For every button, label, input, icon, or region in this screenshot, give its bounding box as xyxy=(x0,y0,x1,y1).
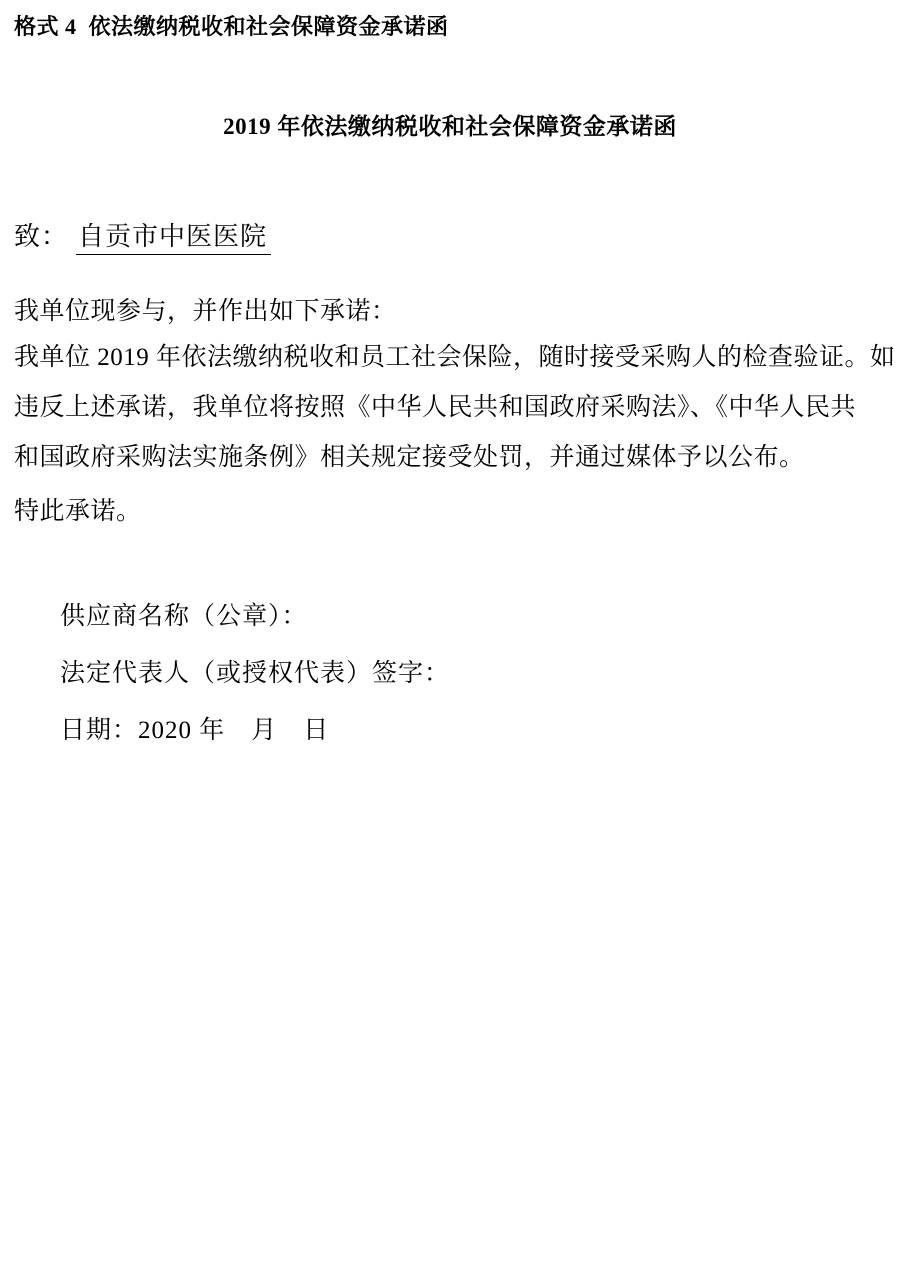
signature-block: 供应商名称（公章）： 法定代表人（或授权代表）签字： 日期：2020 年 月 日 xyxy=(60,588,450,759)
salutation-prefix: 致： xyxy=(14,222,68,251)
body-line: 和国政府采购法实施条例》相关规定接受处罚，并通过媒体予以公布。 xyxy=(14,433,892,483)
document-title: 2019 年依法缴纳税收和社会保障资金承诺函 xyxy=(0,108,900,141)
body-line: 违反上述承诺，我单位将按照《中华人民共和国政府采购法》、《中华人民共 xyxy=(14,383,892,433)
supplier-name-line: 供应商名称（公章）： xyxy=(60,588,450,645)
format-header: 格式 4 依法缴纳税收和社会保障资金承诺函 xyxy=(14,10,449,41)
body-line: 我单位 2019 年依法缴纳税收和员工社会保险，随时接受采购人的检查验证。如 xyxy=(14,333,892,383)
recipient-name: 自贡市中医医院 xyxy=(76,222,271,255)
salutation-line: 致：自贡市中医医院 xyxy=(14,216,271,253)
intro-paragraph: 我单位现参与，并作出如下承诺： xyxy=(14,291,397,327)
document-page: 格式 4 依法缴纳税收和社会保障资金承诺函 2019 年依法缴纳税收和社会保障资… xyxy=(0,0,900,1265)
legal-representative-line: 法定代表人（或授权代表）签字： xyxy=(60,645,450,702)
closing-line: 特此承诺。 xyxy=(14,491,142,527)
date-line: 日期：2020 年 月 日 xyxy=(60,702,450,759)
commitment-paragraph: 我单位 2019 年依法缴纳税收和员工社会保险，随时接受采购人的检查验证。如 违… xyxy=(14,333,892,483)
